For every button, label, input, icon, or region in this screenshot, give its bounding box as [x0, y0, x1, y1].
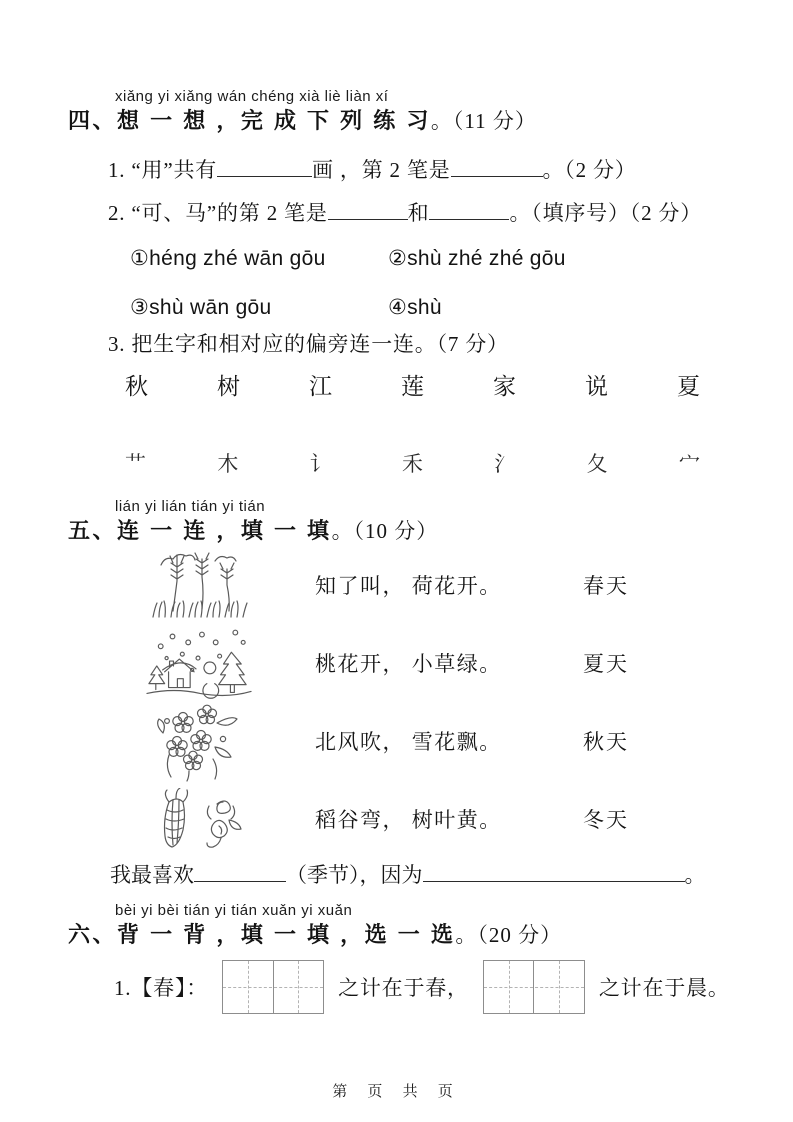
spring-blossoms-image	[145, 699, 253, 783]
tianzige-grid	[222, 960, 324, 1014]
radicals-row: 艹 木 讠 禾 氵 夂 宀	[125, 450, 700, 478]
section-5-score: 。（10 分）	[332, 519, 439, 543]
q4-2-prefix: 2. “可、马”的第 2 笔是	[108, 201, 328, 225]
worksheet-content: xiǎng yi xiǎng wán chéng xià liè liàn xí…	[0, 0, 793, 1014]
answer-blank	[194, 862, 286, 882]
q4-1-mid: 画 ，第 2 笔是	[312, 158, 450, 182]
corn-and-flower-image	[145, 788, 253, 850]
match-phrase-4: 稻谷弯， 树叶黄。	[315, 804, 583, 834]
tianzige-cell	[484, 961, 534, 1013]
fill-mid: （季节），因为	[286, 863, 423, 887]
favorite-season-line: 我最喜欢（季节），因为。	[110, 860, 743, 890]
match-row-3: 北风吹， 雪花飘。 秋天	[68, 702, 743, 780]
q6-1-text-after-first-grid: 之计在于春，	[338, 972, 469, 1002]
fill-prefix: 我最喜欢	[110, 863, 194, 887]
radical-grass: 艹	[125, 450, 146, 478]
fill-suffix: 。	[685, 863, 706, 887]
stroke-options-list: ①héng zhé wān gōu ②shù zhé zhé gōu ③shù …	[130, 246, 743, 320]
section-6-pinyin: bèi yi bèi tián yi tián xuǎn yi xuǎn	[115, 902, 743, 920]
season-summer: 夏天	[583, 648, 629, 678]
snow-village-image	[145, 626, 253, 700]
section-6-score: 。（20 分）	[455, 923, 562, 947]
characters-row: 秋 树 江 莲 家 说 夏	[125, 371, 700, 402]
match-phrase-1: 知了叫， 荷花开。	[315, 570, 583, 600]
season-winter: 冬天	[583, 804, 629, 834]
answer-blank	[217, 157, 312, 177]
radical-roof: 宀	[679, 450, 700, 478]
season-spring: 春天	[583, 570, 629, 600]
tianzige-cell	[533, 961, 584, 1013]
radical-grain: 禾	[402, 450, 423, 478]
section-4-pinyin: xiǎng yi xiǎng wán chéng xià liè liàn xí	[115, 88, 743, 106]
match-row-1: 知了叫， 荷花开。 春天	[68, 546, 743, 624]
section-6-heading-text: 六、背 一 背 ，填 一 填 ，选 一 选	[68, 922, 455, 947]
character-shuo: 说	[585, 371, 608, 402]
radical-wood: 木	[217, 450, 238, 478]
character-jia: 家	[493, 371, 516, 402]
q4-2-mid: 和	[408, 201, 430, 225]
match-phrase-3: 北风吹， 雪花飘。	[315, 726, 583, 756]
character-shu: 树	[217, 371, 240, 402]
page-footer: 第 页 共 页	[0, 1080, 793, 1101]
section-6-heading: 六、背 一 背 ，填 一 填 ，选 一 选。（20 分）	[68, 920, 743, 950]
stroke-option-4: ④shù	[388, 295, 743, 320]
question-6-1: 1.【春】： 之计在于春， 之计在于晨。	[108, 960, 743, 1014]
tianzige-grid	[483, 960, 585, 1014]
radical-speech: 讠	[310, 450, 331, 478]
answer-blank	[429, 200, 509, 220]
match-row-2: 桃花开， 小草绿。 夏天	[68, 624, 743, 702]
q4-2-suffix: 。（填序号）（2 分）	[509, 201, 702, 225]
worksheet-page: xiǎng yi xiǎng wán chéng xià liè liàn xí…	[0, 0, 793, 1122]
section-5-pinyin: lián yi lián tián yi tián	[115, 498, 743, 516]
character-jiang: 江	[309, 371, 332, 402]
character-lian: 莲	[401, 371, 424, 402]
wheat-field-image	[145, 551, 253, 619]
tianzige-cell	[223, 961, 273, 1013]
stroke-option-1: ①héng zhé wān gōu	[130, 246, 388, 271]
section-5-heading: 五、连 一 连 ，填 一 填。（10 分）	[68, 516, 743, 546]
stroke-option-2: ②shù zhé zhé gōu	[388, 246, 743, 271]
section-4-score: 。（11 分）	[431, 109, 537, 133]
tianzige-cell	[273, 961, 324, 1013]
character-qiu: 秋	[125, 371, 148, 402]
radical-zhi: 夂	[587, 450, 608, 478]
q4-1-prefix: 1. “用”共有	[108, 158, 217, 182]
match-phrase-2: 桃花开， 小草绿。	[315, 648, 583, 678]
section-4-heading: 四、想 一 想 ，完 成 下 列 练 习。（11 分）	[68, 106, 743, 136]
question-4-2: 2. “可、马”的第 2 笔是和。（填序号）（2 分）	[108, 199, 743, 228]
q4-1-suffix: 。（2 分）	[543, 158, 637, 182]
season-autumn: 秋天	[583, 726, 629, 756]
answer-blank	[451, 157, 543, 177]
match-row-4: 稻谷弯， 树叶黄。 冬天	[68, 780, 743, 858]
section-4-heading-text: 四、想 一 想 ，完 成 下 列 练 习	[68, 108, 431, 133]
q6-1-label: 1.【春】：	[114, 972, 208, 1002]
stroke-option-3: ③shù wān gōu	[130, 295, 388, 320]
radical-water: 氵	[494, 450, 515, 478]
section-5-heading-text: 五、连 一 连 ，填 一 填	[68, 518, 332, 543]
answer-blank	[328, 200, 408, 220]
answer-blank	[423, 862, 685, 882]
character-xia: 夏	[677, 371, 700, 402]
q6-1-text-after-second-grid: 之计在于晨。	[599, 972, 730, 1002]
question-4-1: 1. “用”共有画 ，第 2 笔是。（2 分）	[108, 156, 743, 185]
question-4-3: 3. 把生字和相对应的偏旁连一连。（7 分）	[108, 330, 743, 359]
